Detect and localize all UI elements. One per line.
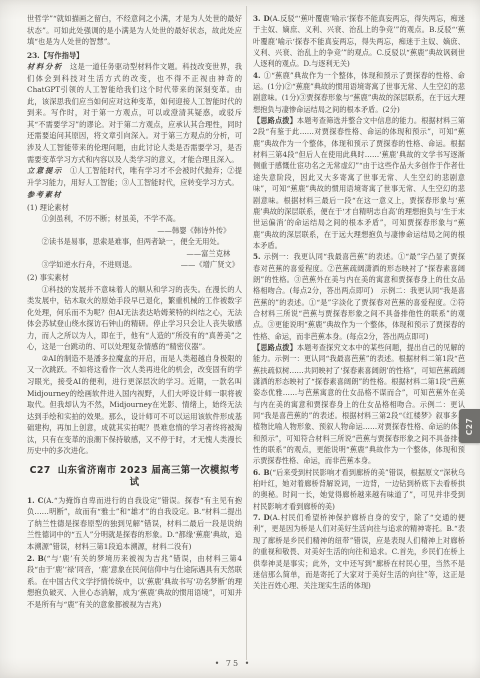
theory-quote-3: ③学如逆水行舟，不进则退。——《增广贤文》: [27, 259, 242, 271]
answer-5-number: 5.: [253, 252, 261, 261]
answer-1-number: 1.: [27, 496, 35, 505]
scanned-answer-page: { "page": { "number": "• 75 •", "side_ta…: [0, 0, 480, 678]
fact-heading: (2) 事实素材: [27, 272, 242, 284]
theory-quote-2: ②读书是易事，思索是难事，但两者缺一，便全无用处。: [27, 236, 242, 248]
answer-6-number: 6.: [253, 468, 261, 477]
answer-5-text: 示例一：我更认同“我最喜芭蕉”的表述。①“最”字凸显了贾探春对芭蕉的喜爱程度。②…: [253, 252, 465, 340]
answer-7-text: (A.村民们希望桥神保护廊桥自身的安宁，除了“交通的便利”，更是因为桥是人们对美…: [253, 513, 465, 590]
answer-2-number: 2.: [27, 554, 35, 563]
theory-quote-1-source: ——韩婴《韩诗外传》: [27, 225, 242, 237]
answer-3-text: (A.反驳“‘蕉叶覆鹿’喻示‘探春不能真妄两忘，得失两忘，痴迷于主奴、嫡庶、义利…: [253, 14, 465, 68]
theory-quote-2-source: ——富兰克林: [27, 248, 242, 260]
exam-code: C27: [30, 465, 51, 476]
theory-quote-1: ①剑虽利，不厉不断；材虽美，不学不高。: [27, 213, 242, 225]
right-column: 3.D(A.反驳“‘蕉叶覆鹿’喻示‘探春不能真妄两忘，得失两忘，痴迷于主奴、嫡庶…: [253, 13, 465, 592]
page-number: • 75 •: [0, 659, 466, 668]
fact-paragraph-2: ②AI的制造不是潘多拉魔盒的开启，而是人类超越自身极限的又一次跳跃。不如将这看作…: [27, 353, 242, 457]
analysis-label: 材料分析: [27, 62, 63, 71]
writing-guide-title: 23.【写作指导】: [27, 50, 242, 62]
analysis-paragraph: 材料分析这是一道任务驱动型材料作文题。科技改变世界，我们体会到科技对生活方式的改…: [27, 61, 242, 165]
answer-6: 6.B(“后来受到村民影响才看到廊桥的美”错误，根据原文“深秋乌桕叶红，她对着廊…: [253, 467, 465, 512]
tip-4: 【思路点拨】本题考查筛选并整合文中信息的能力。根据材料三第2段“有鉴于此……对贾…: [253, 115, 465, 251]
ideas-label: 立意提示: [27, 166, 63, 175]
answer-3-number: 3.: [253, 14, 261, 23]
tip-5-text: 本题考查探究文本中的某些问题，提出自己的见解的能力。示例一：更认同“我最喜芭蕉”…: [253, 343, 465, 465]
tip-5-label: 【思路点拨】: [253, 343, 297, 352]
answer-1: 1.C(A.“为掩饰自卑而进行的自我设定”错误。探春“有主见有抱负……明断”，故…: [27, 495, 242, 553]
column-divider: [246, 6, 247, 660]
chapter-edge-tab-label: C27: [465, 417, 474, 434]
chapter-edge-tab: C27: [459, 409, 480, 443]
tip-4-label: 【思路点拨】: [253, 116, 297, 125]
theory-quote-3-source: ——《增广贤文》: [181, 259, 242, 271]
tip-5: 【思路点拨】本题考查探究文本中的某些问题，提出自己的见解的能力。示例一：更认同“…: [253, 342, 465, 467]
analysis-text: 这是一道任务驱动型材料作文题。科技改变世界，我们体会到科技对生活方式的改变，也不…: [27, 62, 242, 163]
answer-7-number: 7.: [253, 513, 261, 522]
answer-6-text: (“后来受到村民影响才看到廊桥的美”错误，根据原文“深秋乌桕叶红，她对着廊桥背解…: [253, 468, 465, 511]
answer-4-number: 4.: [253, 71, 261, 80]
tip-4-text: 本题考查筛选并整合文中信息的能力。根据材料三第2段“有鉴于此……对贾探春性格、命…: [253, 116, 465, 250]
answer-2-text: (“与‘鹿’有关的梦境历来被视为吉兆”错误，由材料三第4段“由于‘鹿’‘禄’同音…: [27, 554, 242, 609]
exam-title: 山东省济南市 2023 届高三第一次模拟考试: [58, 465, 240, 488]
intro-continuation-paragraph: 世哲学”“就如描画之留白，不经意间之小满，才是为人处世的最好状态”。可如此处强调…: [27, 13, 242, 48]
answer-4-text: ①“蕉鹿”典故作为一个整体，体现和预示了贾探春的性格、命运。(1分)②“蕉鹿”典…: [253, 71, 465, 114]
theory-quote-3-text: ③学如逆水行舟，不进则退。: [27, 259, 181, 271]
answer-5: 5.示例一：我更认同“我最喜芭蕉”的表述。①“最”字凸显了贾探春对芭蕉的喜爱程度…: [253, 251, 465, 342]
fact-paragraph-1: ①科技的发展并不意味着人的顺从和学习的丧失。在漫长的人类发展中，钻木取火的原始手…: [27, 284, 242, 353]
answer-3: 3.D(A.反驳“‘蕉叶覆鹿’喻示‘探春不能真妄两忘，得失两忘，痴迷于主奴、嫡庶…: [253, 13, 465, 70]
answer-7: 7.D(A.村民们希望桥神保护廊桥自身的安宁，除了“交通的便利”，更是因为桥是人…: [253, 512, 465, 591]
answer-2: 2.B(“与‘鹿’有关的梦境历来被视为吉兆”错误，由材料三第4段“由于‘鹿’‘禄…: [27, 553, 242, 611]
ideas-paragraph: 立意提示①人工智能时代，唯有学习才不会被时代抛弃；②提升学习能力，用好人工智能；…: [27, 165, 242, 188]
materials-label: 参考素材: [27, 189, 242, 201]
left-column: 世哲学”“就如描画之留白，不经意间之小满，才是为人处世的最好状态”。可如此处强调…: [27, 13, 242, 610]
answer-1-text: (A.“为掩饰自卑而进行的自我设定”错误。探春“有主见有抱负……明断”，故而有“…: [27, 496, 242, 551]
answer-4: 4.①“蕉鹿”典故作为一个整体，体现和预示了贾探春的性格、命运。(1分)②“蕉鹿…: [253, 70, 465, 115]
exam-section-header: C27山东省济南市 2023 届高三第一次模拟考试: [27, 465, 242, 489]
theory-heading: (1) 理论素材: [27, 202, 242, 214]
